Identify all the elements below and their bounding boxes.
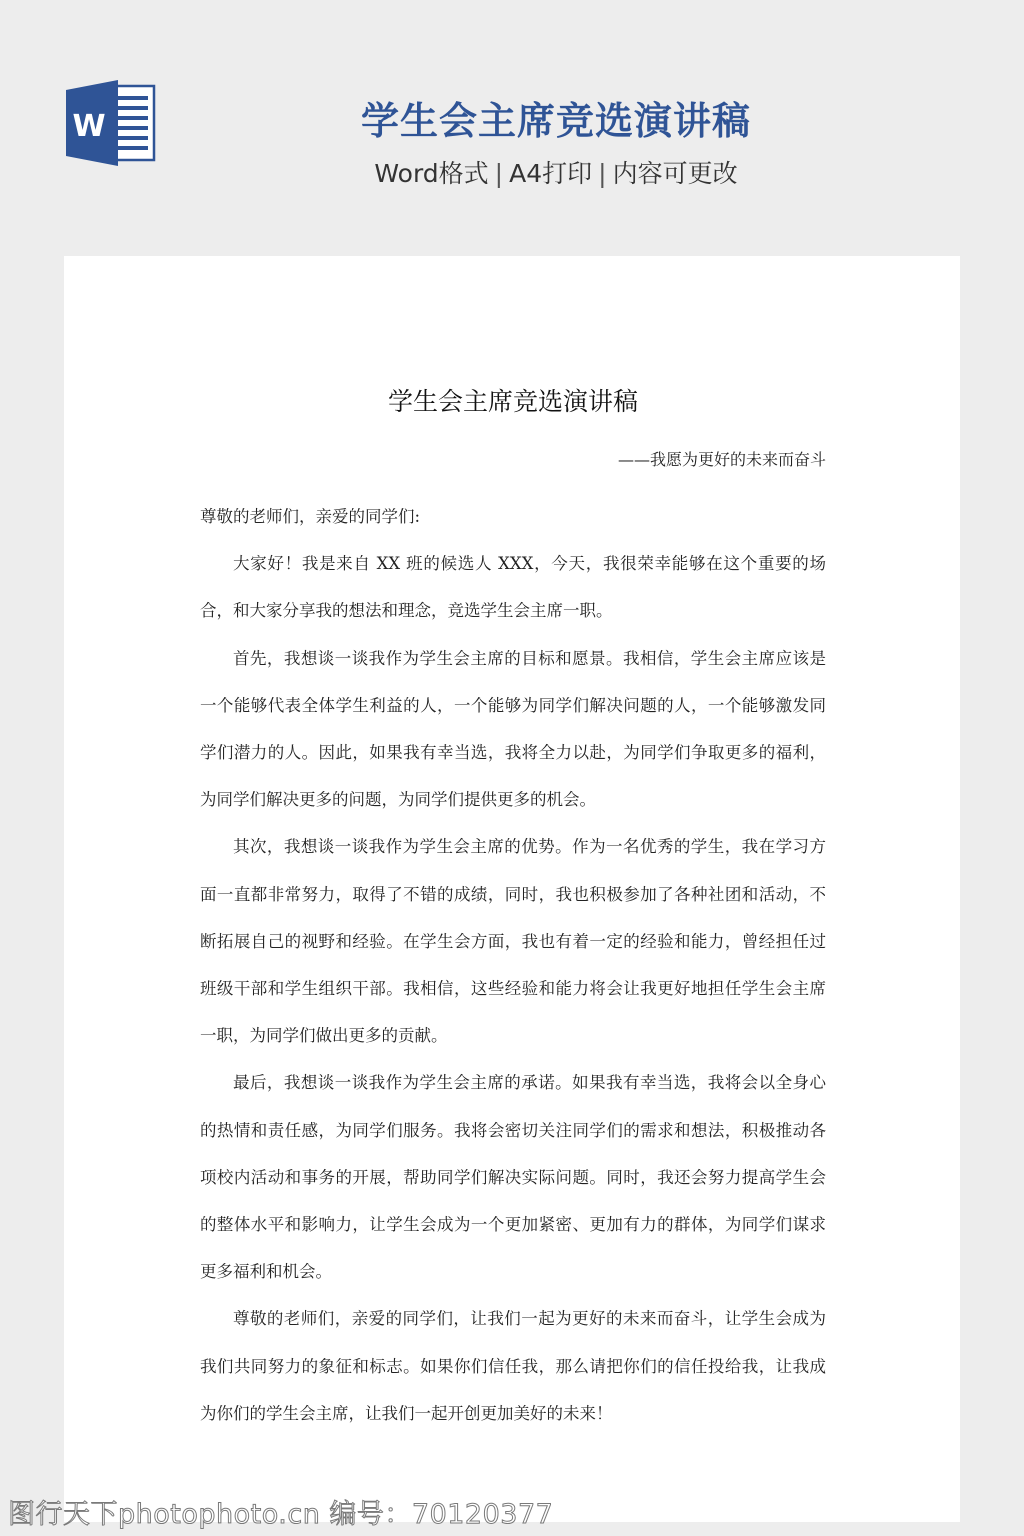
print-label: A4打印	[509, 159, 592, 188]
svg-text:W: W	[72, 109, 105, 144]
paragraph-promise: 最后，我想谈一谈我作为学生会主席的承诺。如果我有幸当选，我将会以全身心的热情和责…	[200, 1059, 826, 1295]
paragraph-closing: 尊敬的老师们，亲爱的同学们，让我们一起为更好的未来而奋斗，让学生会成为我们共同努…	[200, 1295, 826, 1437]
watermark: 图行天下photophoto.cn 编号：70120377	[8, 1492, 553, 1531]
word-doc-icon: W	[64, 80, 156, 166]
editable-label: 内容可更改	[613, 159, 738, 188]
document-page: 学生会主席竞选演讲稿 ——我愿为更好的未来而奋斗 尊敬的老师们，亲爱的同学们: …	[64, 256, 960, 1522]
separator: |	[495, 159, 503, 188]
header-title: 学生会主席竞选演讲稿	[300, 90, 812, 145]
document-epigraph: ——我愿为更好的未来而奋斗	[200, 446, 826, 474]
separator: |	[598, 159, 606, 188]
paragraph-goals: 首先，我想谈一谈我作为学生会主席的目标和愿景。我相信，学生会主席应该是一个能够代…	[200, 635, 826, 824]
document-body: 学生会主席竞选演讲稿 ——我愿为更好的未来而奋斗 尊敬的老师们，亲爱的同学们: …	[200, 366, 826, 1437]
salutation: 尊敬的老师们，亲爱的同学们:	[200, 493, 826, 540]
header-subtitle: Word格式|A4打印|内容可更改	[300, 154, 812, 190]
format-label: Word格式	[374, 159, 488, 188]
document-title: 学生会主席竞选演讲稿	[200, 384, 826, 420]
paragraph-strengths: 其次，我想谈一谈我作为学生会主席的优势。作为一名优秀的学生，我在学习方面一直都非…	[200, 823, 826, 1059]
paragraph-intro: 大家好！我是来自 XX 班的候选人 XXX，今天，我很荣幸能够在这个重要的场合，…	[200, 540, 826, 634]
